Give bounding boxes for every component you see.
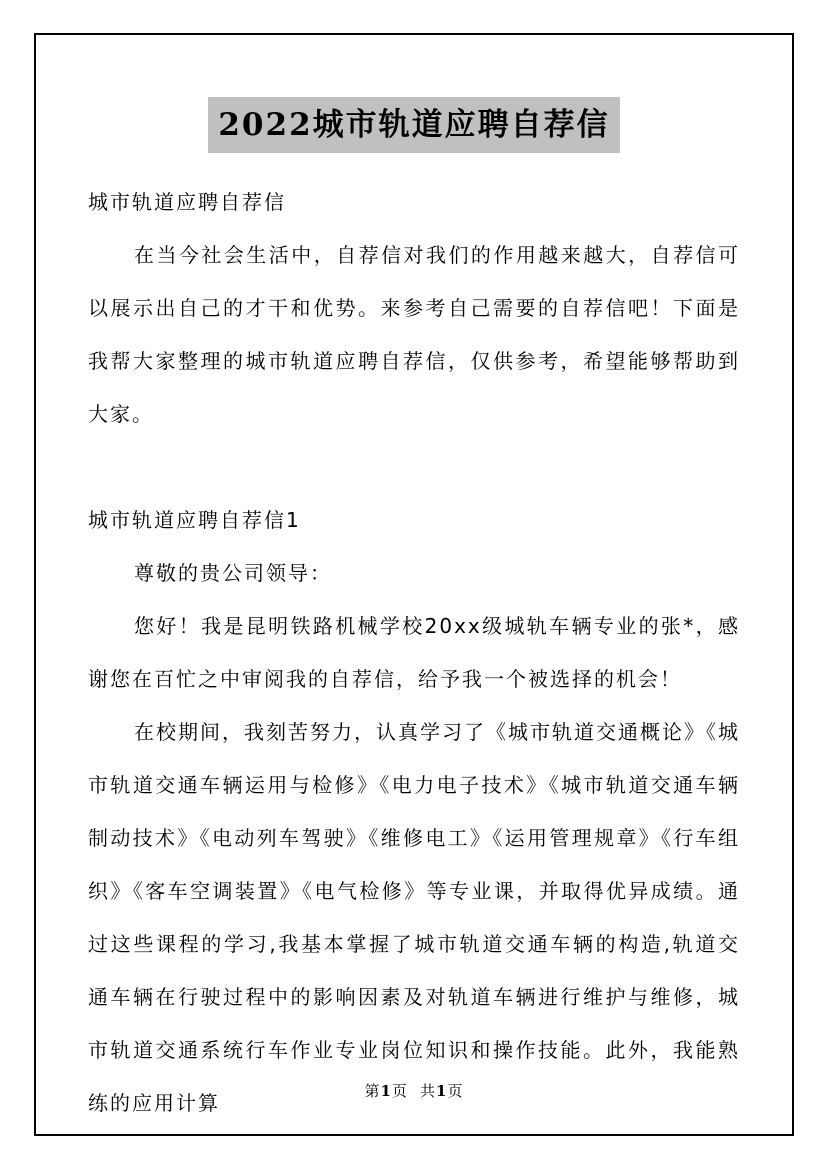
paragraph: 在校期间，我刻苦努力，认真学习了《城市轨道交通概论》《城市轨道交通车辆运用与检修… (88, 706, 740, 1130)
total-page-number: 1 (436, 1082, 447, 1100)
current-page-indicator: 第1页 (365, 1082, 408, 1100)
paragraph-section-heading: 城市轨道应聘自荐信1 (88, 494, 740, 547)
document-canvas: 2022城市轨道应聘自荐信 城市轨道应聘自荐信 在当今社会生活中，自荐信对我们的… (0, 0, 827, 1170)
document-body: 城市轨道应聘自荐信 在当今社会生活中，自荐信对我们的作用越来越大，自荐信可以展示… (88, 176, 740, 1130)
total-label-prefix: 共 (420, 1082, 436, 1100)
page-number-footer: 第1页共1页 (36, 1082, 792, 1100)
page-title: 2022城市轨道应聘自荐信 (208, 97, 619, 153)
page-label-suffix: 页 (392, 1082, 408, 1100)
total-pages-indicator: 共1页 (420, 1082, 463, 1100)
paragraph: 您好！我是昆明铁路机械学校20xx级城轨车辆专业的张*，感谢您在百忙之中审阅我的… (88, 600, 740, 706)
paragraph: 在当今社会生活中，自荐信对我们的作用越来越大，自荐信可以展示出自己的才干和优势。… (88, 229, 740, 441)
total-label-suffix: 页 (447, 1082, 463, 1100)
current-page-number: 1 (381, 1082, 392, 1100)
page-sheet: 2022城市轨道应聘自荐信 城市轨道应聘自荐信 在当今社会生活中，自荐信对我们的… (34, 33, 794, 1136)
page-label-prefix: 第 (365, 1082, 381, 1100)
paragraph-salutation: 尊敬的贵公司领导： (88, 547, 740, 600)
paragraph: 城市轨道应聘自荐信 (88, 176, 740, 229)
title-row: 2022城市轨道应聘自荐信 (36, 97, 792, 154)
